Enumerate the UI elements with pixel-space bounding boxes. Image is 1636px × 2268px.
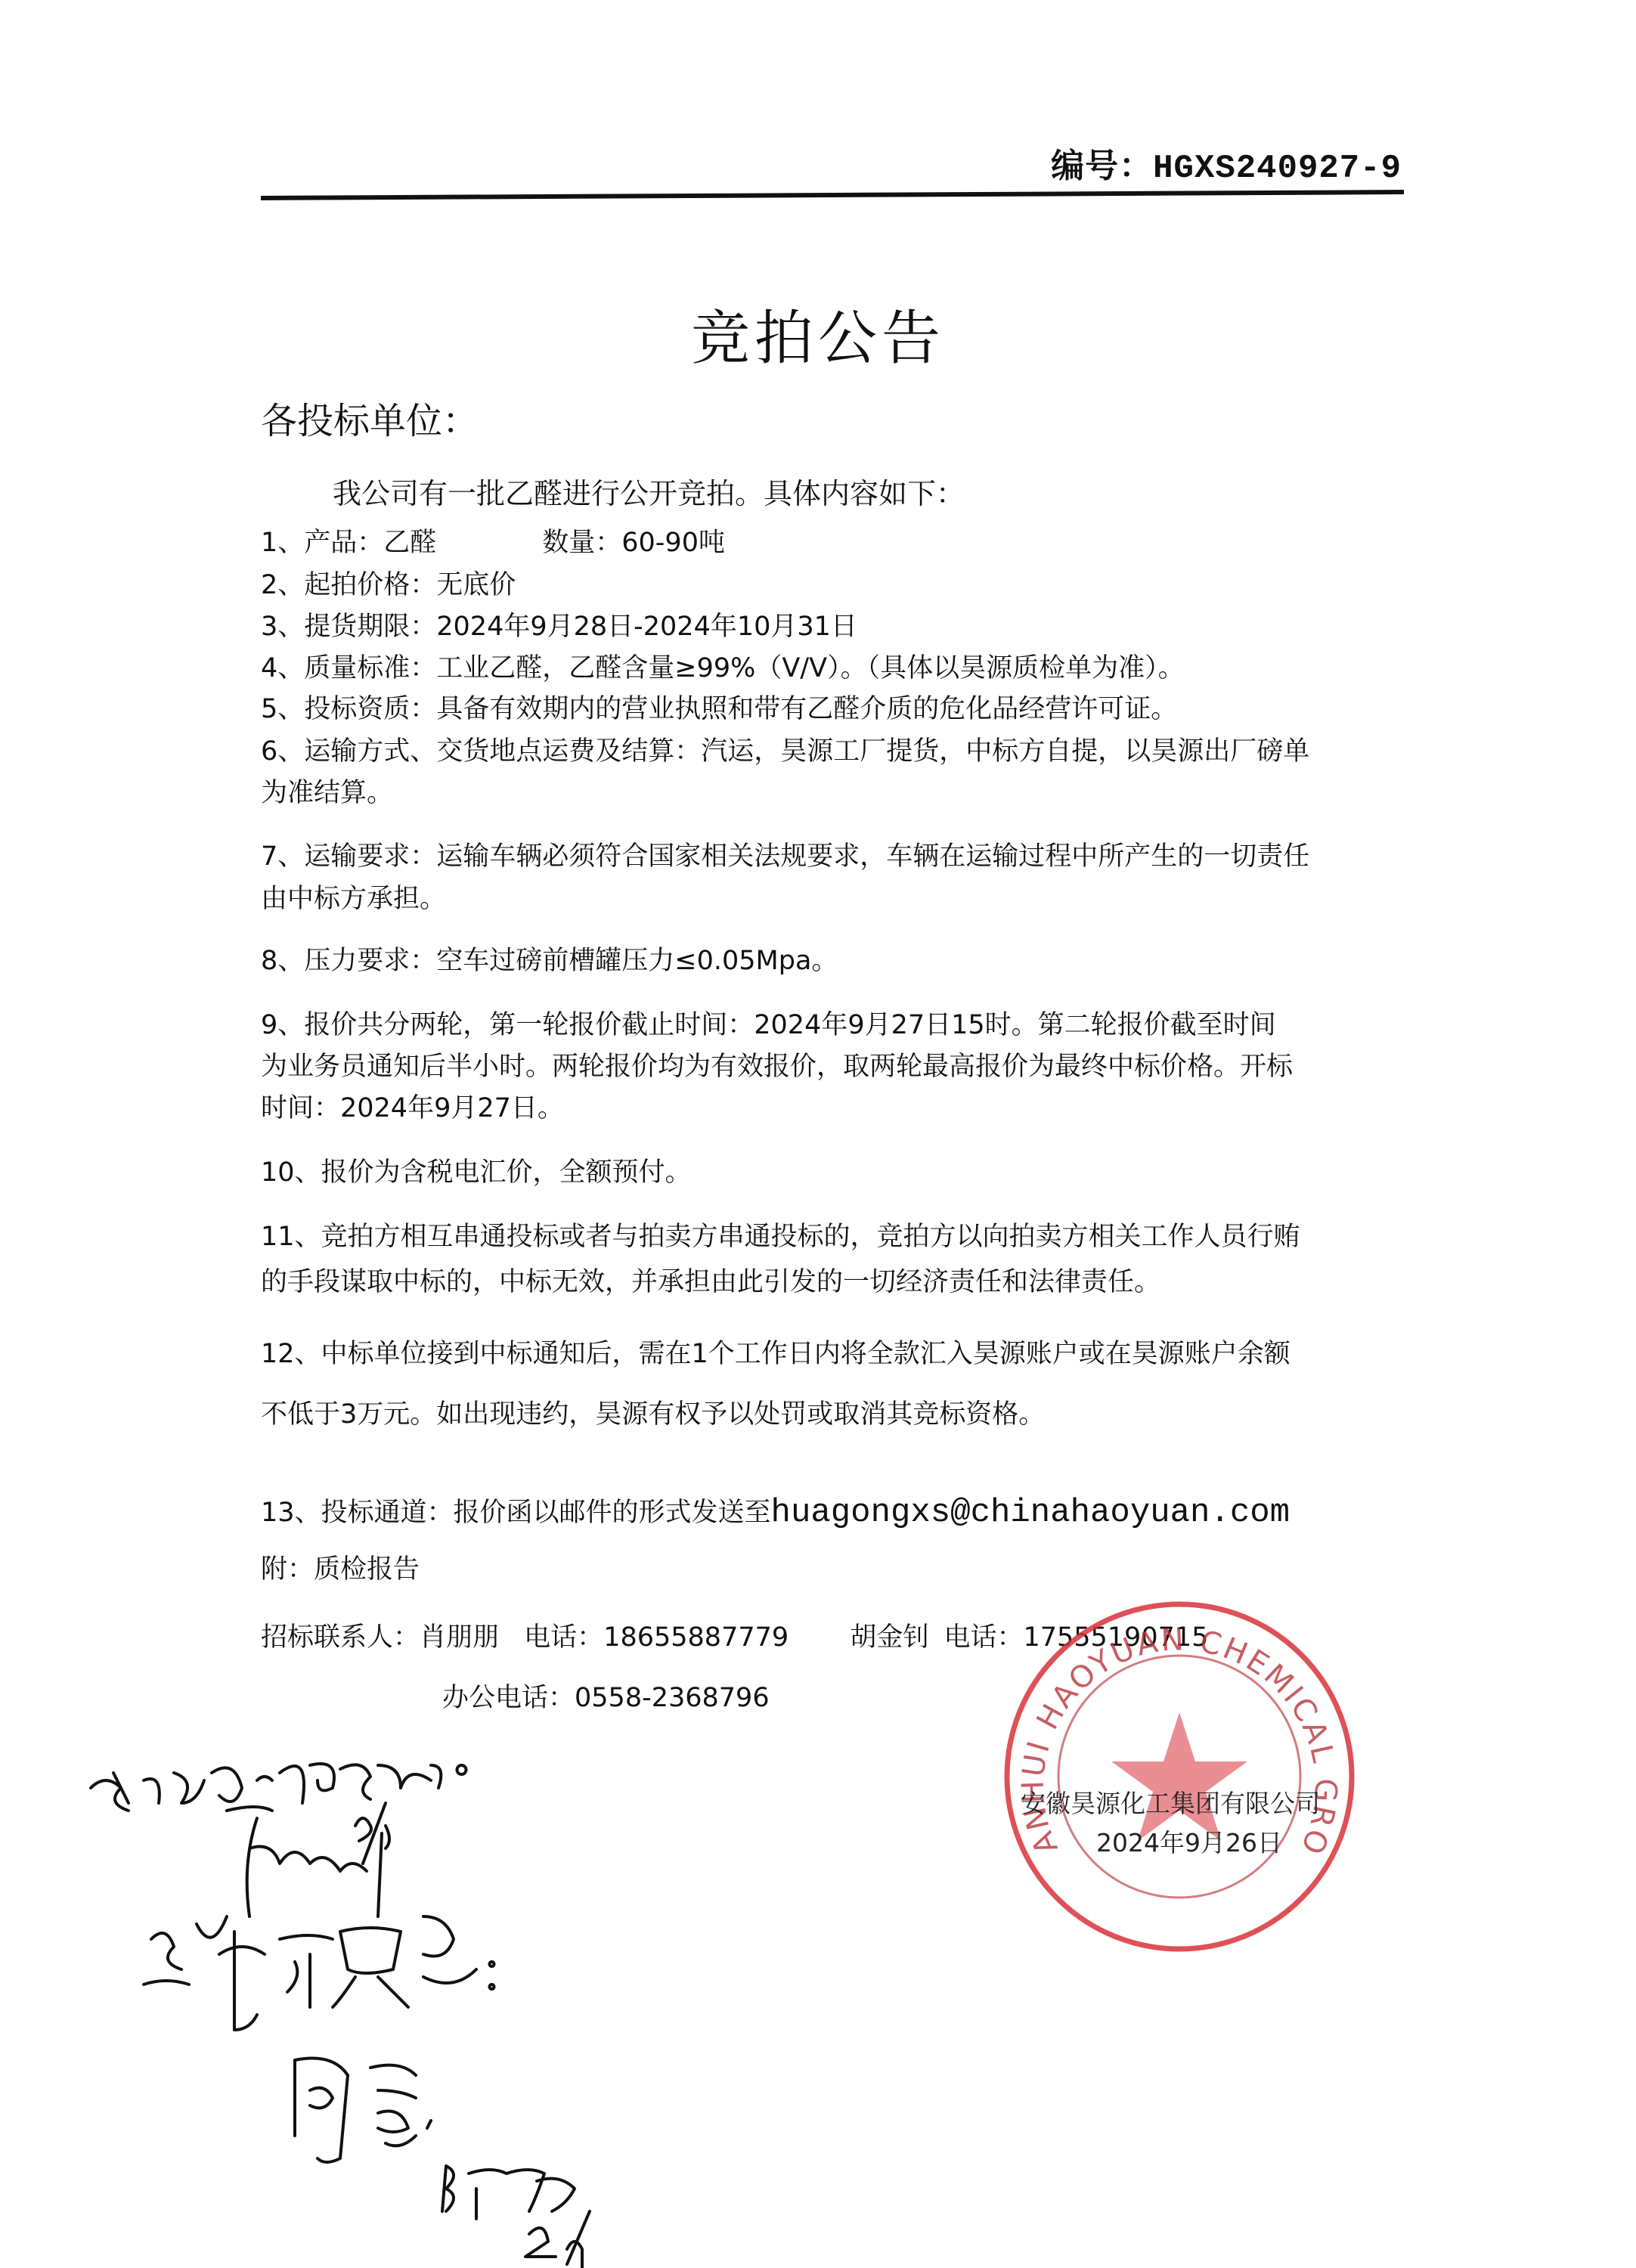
item-12-deposit-line-1: 12、中标单位接到中标通知后，需在1个工作日内将全款汇入昊源账户或在昊源账户余额 bbox=[261, 1333, 1291, 1371]
company-seal-icon: ANHUI HAOYUAN CHEMICAL GROUP CO.,LTD. bbox=[1002, 1599, 1357, 1954]
attachment-note: 附：质检报告 bbox=[261, 1548, 420, 1586]
document-number-value: HGXS240927-9 bbox=[1153, 150, 1402, 187]
handwritten-approval-notes bbox=[68, 1727, 612, 2268]
item-1-product: 1、产品：乙醛 数量：60-90吨 bbox=[261, 522, 725, 559]
office-phone: 0558-2368796 bbox=[575, 1683, 770, 1713]
item-7-transport-req-line-1: 7、运输要求：运输车辆必须符合国家相关法规要求，车辆在运输过程中所产生的一切责任 bbox=[261, 835, 1309, 873]
item-10-payment: 10、报价为含税电汇价，全额预付。 bbox=[261, 1151, 692, 1189]
item-5-bidder-qualification: 5、投标资质：具备有效期内的营业执照和带有乙醛介质的危化品经营许可证。 bbox=[261, 688, 1177, 726]
document-number: 编号：HGXS240927-9 bbox=[1051, 138, 1402, 187]
item-9-bidding-line-1: 9、报价共分两轮，第一轮报价截止时间：2024年9月27日15时。第二轮报价截至… bbox=[261, 1004, 1276, 1042]
item-7-transport-req-line-2: 由中标方承担。 bbox=[261, 878, 446, 916]
contact-phone-1: 18655887779 bbox=[603, 1622, 789, 1653]
contact-person-2: 胡金钊 bbox=[850, 1622, 929, 1653]
submission-email-link[interactable]: huagongxs@chinahaoyuan.com bbox=[771, 1494, 1291, 1532]
salutation: 各投标单位： bbox=[261, 392, 479, 444]
item-13-label: 13、投标通道：报价函以邮件的形式发送至 bbox=[261, 1498, 771, 1528]
item-3-pickup-period: 3、提货期限：2024年9月28日-2024年10月31日 bbox=[261, 606, 857, 643]
office-phone-label: 办公电话： bbox=[442, 1683, 575, 1713]
header-divider bbox=[261, 190, 1404, 200]
item-6-transport-line-2: 为准结算。 bbox=[261, 772, 393, 810]
item-9-bidding-line-2: 为业务员通知后半小时。两轮报价均为有效报价，取两轮最高报价为最终中标价格。开标 bbox=[261, 1046, 1293, 1083]
page-title: 竞拍公告 bbox=[0, 291, 1636, 376]
issue-date: 2024年9月26日 bbox=[1096, 1823, 1282, 1859]
item-2-starting-price: 2、起拍价格：无底价 bbox=[261, 564, 516, 602]
document-number-label: 编号： bbox=[1051, 147, 1153, 185]
intro-paragraph: 我公司有一批乙醛进行公开竞拍。具体内容如下： bbox=[333, 470, 965, 512]
item-11-collusion-line-1: 11、竞拍方相互串通投标或者与拍卖方串通投标的，竞拍方以向拍卖方相关工作人员行贿 bbox=[261, 1216, 1300, 1253]
office-phone-line: 办公电话：0558-2368796 bbox=[442, 1677, 770, 1715]
issuer-company: 安徽昊源化工集团有限公司 bbox=[1021, 1784, 1320, 1820]
contact-person-1: 肖朋朋 bbox=[420, 1622, 499, 1653]
contacts-label: 招标联系人： bbox=[261, 1622, 420, 1653]
item-11-collusion-line-2: 的手段谋取中标的，中标无效，并承担由此引发的一切经济责任和法律责任。 bbox=[261, 1261, 1160, 1299]
item-9-bidding-line-3: 时间：2024年9月27日。 bbox=[261, 1087, 564, 1125]
item-13-submission: 13、投标通道：报价函以邮件的形式发送至huagongxs@chinahaoyu… bbox=[261, 1492, 1290, 1532]
item-4-quality-standard: 4、质量标准：工业乙醛，乙醛含量≥99%（V/V）。（具体以昊源质检单为准）。 bbox=[261, 647, 1185, 685]
item-12-deposit-line-2: 不低于3万元。如出现违约，昊源有权予以处罚或取消其竞标资格。 bbox=[261, 1393, 1045, 1431]
item-8-pressure: 8、压力要求：空车过磅前槽罐压力≤0.05Mpa。 bbox=[261, 940, 838, 978]
phone-label-1: 电话： bbox=[524, 1622, 603, 1653]
item-6-transport-line-1: 6、运输方式、交货地点运费及结算：汽运，昊源工厂提货，中标方自提，以昊源出厂磅单 bbox=[261, 730, 1309, 768]
